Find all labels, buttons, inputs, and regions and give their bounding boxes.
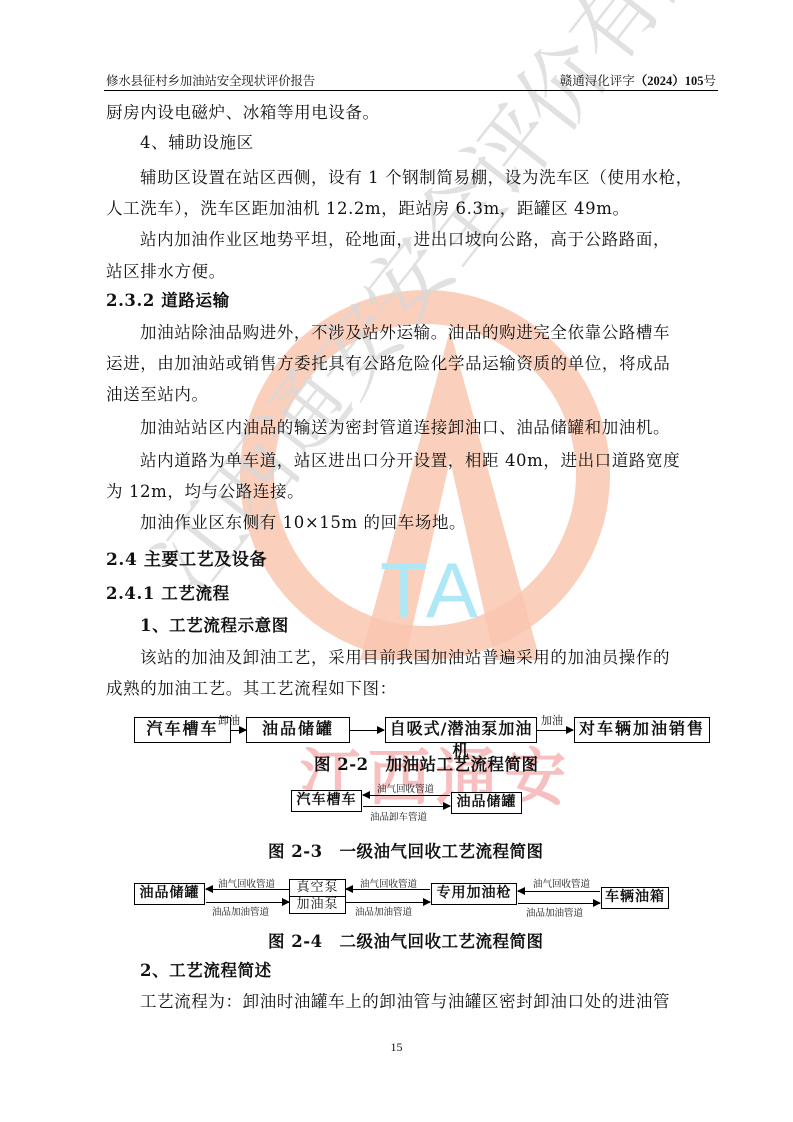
flow-node: 油品储罐 bbox=[246, 717, 350, 743]
flow-node-vacuum-pump: 真空泵 bbox=[289, 879, 346, 897]
section-heading-2-4: 2.4 主要工艺及设备 bbox=[106, 550, 267, 570]
paragraph: 加油站除油品购进外，不涉及站外运输。油品的购进完全依靠公路槽车 bbox=[140, 323, 670, 343]
edge-label: 油品加油管道 bbox=[526, 905, 583, 919]
flow-node: 自吸式/潜油泵加油机 bbox=[385, 717, 537, 743]
page-header: 修水县征村乡加油站安全现状评价报告 赣通浔化评字（2024）105号 bbox=[104, 68, 718, 91]
figure-caption: 图 2-4 二级油气回收工艺流程简图 bbox=[268, 928, 544, 952]
flow-arrow bbox=[206, 889, 289, 890]
paragraph: 站内道路为单车道，站区进出口分开设置，相距 40m，进出口道路宽度 bbox=[140, 451, 680, 471]
subheading: 2、工艺流程简述 bbox=[140, 961, 272, 981]
flow-arrow bbox=[231, 730, 246, 731]
subheading: 1、工艺流程示意图 bbox=[140, 616, 289, 636]
paragraph: 运进，由加油站或销售方委托具有公路危险化学品运输资质的单位，将成品 bbox=[106, 354, 670, 374]
paragraph: 厨房内设电磁炉、冰箱等用电设备。 bbox=[106, 103, 380, 123]
flow-arrow bbox=[363, 795, 450, 796]
doc-no-prefix: 赣通浔化评字 bbox=[560, 73, 635, 88]
page-number: 15 bbox=[0, 1040, 793, 1055]
section-heading-2-3-2: 2.3.2 道路运输 bbox=[106, 291, 230, 311]
watermark-circle bbox=[240, 290, 610, 660]
watermark-ta-text: TA bbox=[380, 545, 482, 636]
edge-label: 油气回收管道 bbox=[360, 876, 417, 890]
paragraph: 辅助区设置在站区西侧，设有 1 个钢制简易棚，设为洗车区（使用水枪， bbox=[140, 168, 693, 188]
flow-node: 车辆油箱 bbox=[601, 887, 669, 909]
flow-node: 油品储罐 bbox=[451, 792, 522, 814]
figure-caption: 图 2-3 一级油气回收工艺流程简图 bbox=[268, 838, 544, 862]
flow-node: 汽车槽车 bbox=[291, 790, 362, 812]
edge-label: 加油 bbox=[541, 712, 563, 728]
edge-label: 油品卸车管道 bbox=[370, 809, 427, 823]
paragraph: 工艺流程为：卸油时油罐车上的卸油管与油罐区密封卸油口处的进油管 bbox=[140, 992, 670, 1012]
edge-label: 油品加油管道 bbox=[355, 904, 412, 918]
document-page: TA 江西通安 江西通安安全评价有限公司 修水县征村乡加油站安全现状评价报告 赣… bbox=[0, 0, 793, 1122]
flow-arrow bbox=[363, 806, 450, 807]
section-heading-2-4-1: 2.4.1 工艺流程 bbox=[106, 584, 230, 604]
paragraph: 加油站站区内油品的输送为密封管道连接卸油口、油品储罐和加油机。 bbox=[140, 418, 670, 438]
edge-label: 油品加油管道 bbox=[212, 904, 269, 918]
paragraph: 站区排水方便。 bbox=[106, 262, 226, 282]
flow-node: 汽车槽车 bbox=[134, 717, 231, 743]
doc-no-year: （2024） bbox=[635, 74, 685, 88]
paragraph: 人工洗车），洗车区距加油机 12.2m，距站房 6.3m，距罐区 49m。 bbox=[106, 199, 630, 219]
doc-no-suffix: 号 bbox=[703, 73, 716, 88]
flow-node: 油品储罐 bbox=[134, 883, 205, 905]
flow-arrow bbox=[518, 891, 600, 892]
subheading: 4、辅助设施区 bbox=[140, 133, 254, 153]
flow-node: 对车辆加油销售 bbox=[574, 717, 710, 743]
flow-arrow bbox=[346, 889, 430, 890]
edge-label: 卸油 bbox=[218, 712, 240, 728]
doc-no-num: 105 bbox=[685, 74, 704, 88]
flow-node-fuel-pump: 加油泵 bbox=[289, 896, 346, 914]
edge-label: 油气回收管道 bbox=[377, 781, 434, 795]
flow-node: 专用加油枪 bbox=[431, 883, 517, 905]
document-number: 赣通浔化评字（2024）105号 bbox=[560, 71, 716, 89]
report-title: 修水县征村乡加油站安全现状评价报告 bbox=[106, 71, 315, 89]
paragraph: 为 12m，均与公路连接。 bbox=[106, 482, 304, 502]
paragraph: 加油作业区东侧有 10×15m 的回车场地。 bbox=[140, 513, 466, 533]
paragraph: 油送至站内。 bbox=[106, 385, 209, 405]
flow-arrow bbox=[537, 730, 573, 731]
paragraph: 站内加油作业区地势平坦，砼地面，进出口坡向公路，高于公路路面， bbox=[140, 230, 670, 250]
paragraph: 成熟的加油工艺。其工艺流程如下图： bbox=[106, 679, 397, 699]
edge-label: 油气回收管道 bbox=[218, 876, 275, 890]
figure-caption: 图 2-2 加油站工艺流程简图 bbox=[314, 751, 539, 775]
edge-label: 油气回收管道 bbox=[533, 876, 590, 890]
paragraph: 该站的加油及卸油工艺，采用目前我国加油站普遍采用的加油员操作的 bbox=[140, 648, 670, 668]
flow-arrow bbox=[350, 730, 384, 731]
